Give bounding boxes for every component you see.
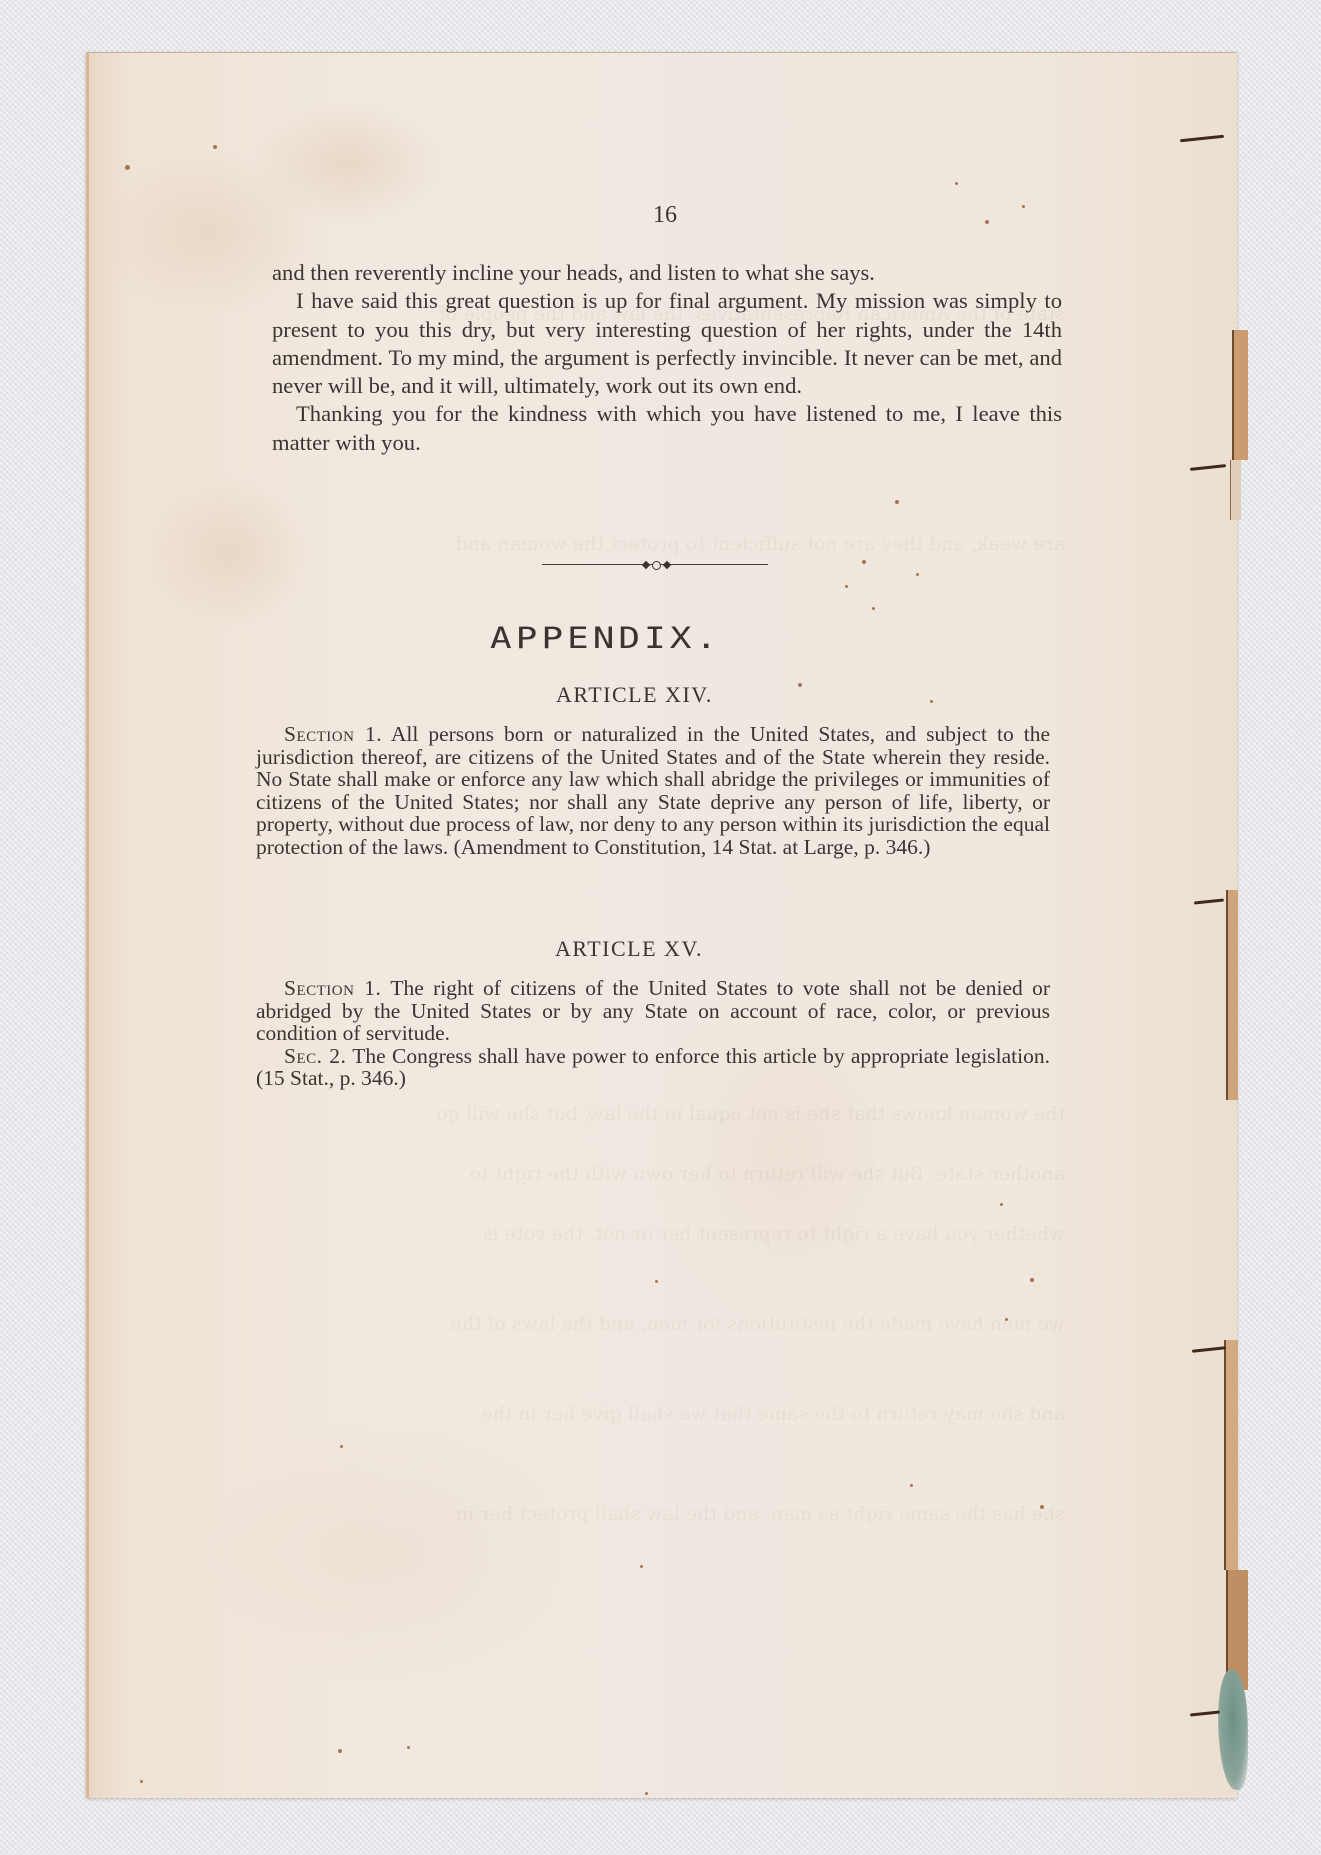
article-xv-text: Section 1. The right of citizens of the … <box>256 977 1050 1090</box>
foxing-spot <box>1000 1203 1003 1206</box>
body-paragraph: I have said this great question is up fo… <box>272 287 1062 400</box>
foxing-spot <box>1005 1318 1008 1321</box>
foxing-spot <box>1030 1278 1034 1282</box>
torn-edge <box>1230 460 1241 520</box>
body-text: and then reverently incline your heads, … <box>272 259 1062 457</box>
foxing-spot <box>930 700 933 703</box>
foxing-spot <box>862 560 866 564</box>
page-number: 16 <box>653 202 677 229</box>
article-heading: ARTICLE XIV. <box>556 682 713 708</box>
article-section: Sec. 2. The Congress shall have power to… <box>256 1045 1050 1090</box>
foxing-spot <box>645 1792 648 1795</box>
body-paragraph: Thanking you for the kindness with which… <box>272 400 1062 457</box>
foxing-spot <box>985 220 989 224</box>
torn-edge <box>1224 1340 1238 1570</box>
article-section: Section 1. The right of citizens of the … <box>256 977 1050 1045</box>
foxing-spot <box>910 1484 913 1487</box>
foxing-spot <box>640 1565 643 1568</box>
article-xiv-text: Section 1. All persons born or naturaliz… <box>256 723 1050 858</box>
appendix-title: APPENDIX. <box>490 622 721 656</box>
foxing-spot <box>140 1780 143 1783</box>
foxing-spot <box>1022 205 1025 208</box>
foxing-spot <box>125 165 130 170</box>
article-section: Section 1. All persons born or naturaliz… <box>256 723 1050 858</box>
section-label: Sec. 2. <box>284 1044 346 1068</box>
section-label: Section 1. <box>284 722 382 746</box>
foxing-spot <box>872 607 875 610</box>
foxing-spot <box>213 145 217 149</box>
foxing-spot <box>798 683 802 687</box>
foxing-spot <box>1040 1505 1044 1509</box>
body-paragraph: and then reverently incline your heads, … <box>272 259 1062 287</box>
torn-edge <box>1226 890 1238 1100</box>
torn-edge <box>1232 330 1248 460</box>
article-heading: ARTICLE XV. <box>555 936 703 962</box>
divider-ornament-icon <box>636 559 676 571</box>
foxing-spot <box>655 1280 658 1283</box>
section-text: The Congress shall have power to enforce… <box>256 1044 1050 1091</box>
section-label: Section 1. <box>284 976 381 1000</box>
foxing-spot <box>845 585 848 588</box>
foxing-spot <box>895 500 899 504</box>
foxing-spot <box>916 573 919 576</box>
foxing-spot <box>340 1445 343 1448</box>
foxing-spot <box>955 182 958 185</box>
foxing-spot <box>338 1749 342 1753</box>
foxing-spot <box>407 1746 410 1749</box>
